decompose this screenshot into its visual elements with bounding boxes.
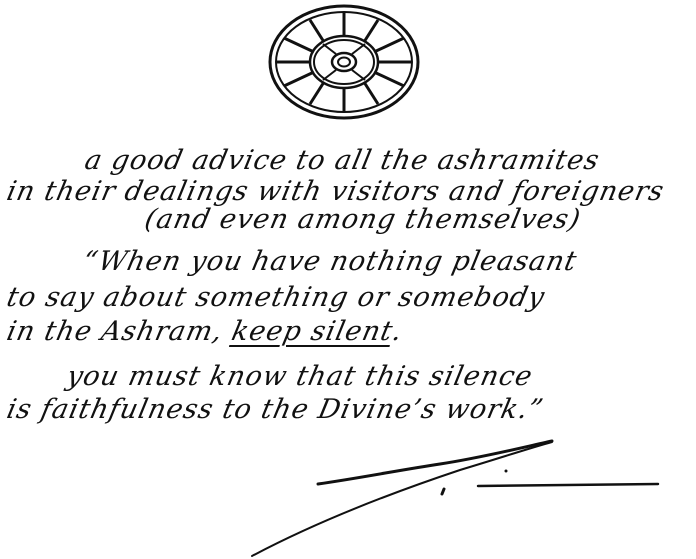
signature-icon xyxy=(0,0,696,559)
